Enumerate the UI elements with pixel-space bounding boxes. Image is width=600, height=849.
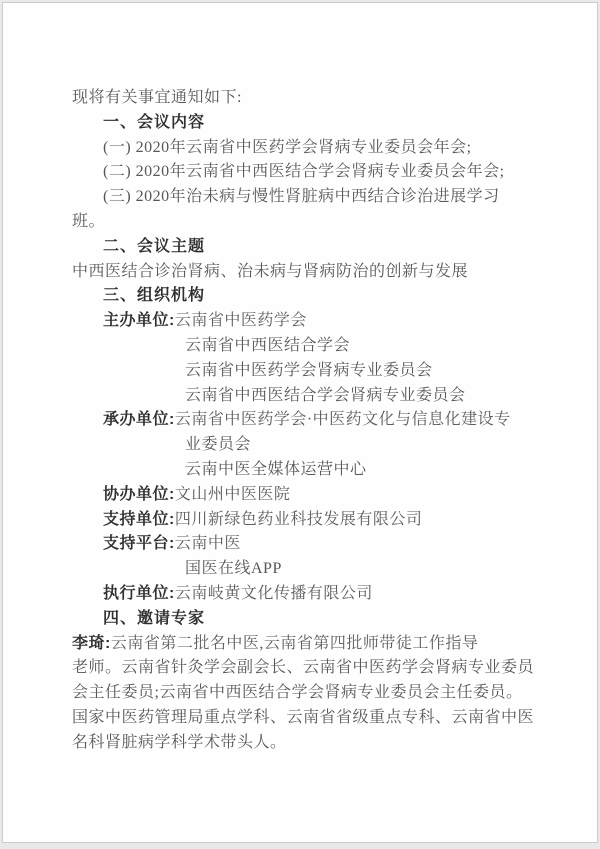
- org-role-label: 支持平台:: [103, 535, 175, 552]
- org-role-label: 执行单位:: [103, 585, 175, 602]
- org-role-label: 协办单位:: [103, 486, 175, 503]
- expert-line: 李琦:云南省第二批名中医,云南省第四批师带徒工作指导: [72, 632, 549, 657]
- org-name: 文山州中医医院: [175, 486, 291, 503]
- org-role-line: 执行单位:云南岐黄文化传播有限公司: [72, 582, 549, 607]
- doc-text-line: (一) 2020年云南省中医药学会肾病专业委员会年会;: [72, 136, 549, 161]
- doc-text-line: 名科肾脏病学科学术带头人。: [72, 731, 549, 756]
- document-body: 现将有关事宜通知如下:一、会议内容(一) 2020年云南省中医药学会肾病专业委员…: [72, 86, 549, 756]
- doc-text-line: (二) 2020年云南省中西医结合学会肾病专业委员会年会;: [72, 160, 549, 185]
- org-name: 云南省中医药学会·中医药文化与信息化建设专: [175, 411, 511, 428]
- org-role-label: 承办单位:: [103, 411, 175, 428]
- section-heading: 三、组织机构: [72, 284, 549, 309]
- org-name-line: 国医在线APP: [72, 557, 549, 582]
- org-role-line: 支持单位:四川新绿色药业科技发展有限公司: [72, 508, 549, 533]
- section-heading: 二、会议主题: [72, 235, 549, 260]
- doc-text-line: 班。: [72, 210, 549, 235]
- org-role-line: 主办单位:云南省中医药学会: [72, 309, 549, 334]
- org-role-label: 支持单位:: [103, 511, 175, 528]
- org-role-line: 协办单位:文山州中医医院: [72, 483, 549, 508]
- doc-text-line: 会主任委员;云南省中西医结合学会肾病专业委员会主任委员。: [72, 681, 549, 706]
- org-name-line: 业委员会: [72, 433, 549, 458]
- org-name: 四川新绿色药业科技发展有限公司: [175, 511, 423, 528]
- org-name-line: 云南省中西医结合学会肾病专业委员会: [72, 384, 549, 409]
- doc-text-line: (三) 2020年治未病与慢性肾脏病中西结合诊治进展学习: [72, 185, 549, 210]
- org-name: 云南省中医药学会: [175, 312, 307, 329]
- document-page: 现将有关事宜通知如下:一、会议内容(一) 2020年云南省中医药学会肾病专业委员…: [2, 2, 598, 843]
- org-name: 云南岐黄文化传播有限公司: [175, 585, 373, 602]
- org-name-line: 云南中医全媒体运营中心: [72, 458, 549, 483]
- document-viewer: 现将有关事宜通知如下:一、会议内容(一) 2020年云南省中医药学会肾病专业委员…: [0, 0, 600, 849]
- section-heading: 一、会议内容: [72, 111, 549, 136]
- org-name: 云南中医: [175, 535, 241, 552]
- doc-text-line: 现将有关事宜通知如下:: [72, 86, 549, 111]
- org-name-line: 云南省中医药学会肾病专业委员会: [72, 359, 549, 384]
- org-role-line: 支持平台:云南中医: [72, 532, 549, 557]
- doc-text-line: 国家中医药管理局重点学科、云南省省级重点专科、云南省中医: [72, 706, 549, 731]
- doc-text-line: 老师。云南省针灸学会副会长、云南省中医药学会肾病专业委员: [72, 656, 549, 681]
- org-role-line: 承办单位:云南省中医药学会·中医药文化与信息化建设专: [72, 408, 549, 433]
- section-heading: 四、邀请专家: [72, 607, 549, 632]
- org-name-line: 云南省中西医结合学会: [72, 334, 549, 359]
- org-role-label: 主办单位:: [103, 312, 175, 329]
- expert-bio-text: 云南省第二批名中医,云南省第四批师带徒工作指导: [111, 635, 479, 652]
- doc-text-line: 中西医结合诊治肾病、治未病与肾病防治的创新与发展: [72, 260, 549, 285]
- expert-name: 李琦:: [72, 635, 111, 652]
